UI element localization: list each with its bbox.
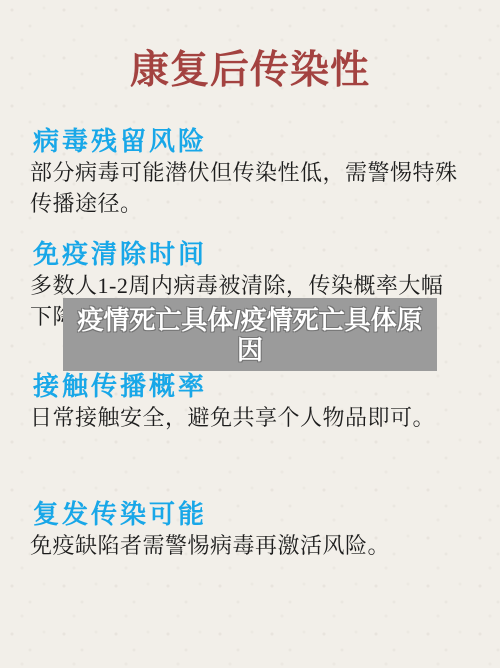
- section-heading: 免疫清除时间: [33, 241, 207, 268]
- section-heading: 接触传播概率: [33, 373, 207, 400]
- watermark-overlay-box: 疫情死亡具体/疫情死亡具体原因: [63, 298, 437, 371]
- health-info-poster: 康复后传染性 病毒残留风险 部分病毒可能潜伏但传染性低，需警惕特殊传播途径。 免…: [0, 0, 500, 668]
- poster-title: 康复后传染性: [0, 50, 500, 93]
- section-heading: 复发传染可能: [33, 501, 207, 528]
- section-body: 部分病毒可能潜伏但传染性低，需警惕特殊传播途径。: [30, 157, 462, 219]
- section-heading: 病毒残留风险: [33, 128, 207, 155]
- watermark-overlay-text: 疫情死亡具体/疫情死亡具体原因: [71, 305, 429, 365]
- section-body: 日常接触安全，避免共享个人物品即可。: [30, 402, 462, 433]
- section-body: 免疫缺陷者需警惕病毒再激活风险。: [30, 530, 462, 561]
